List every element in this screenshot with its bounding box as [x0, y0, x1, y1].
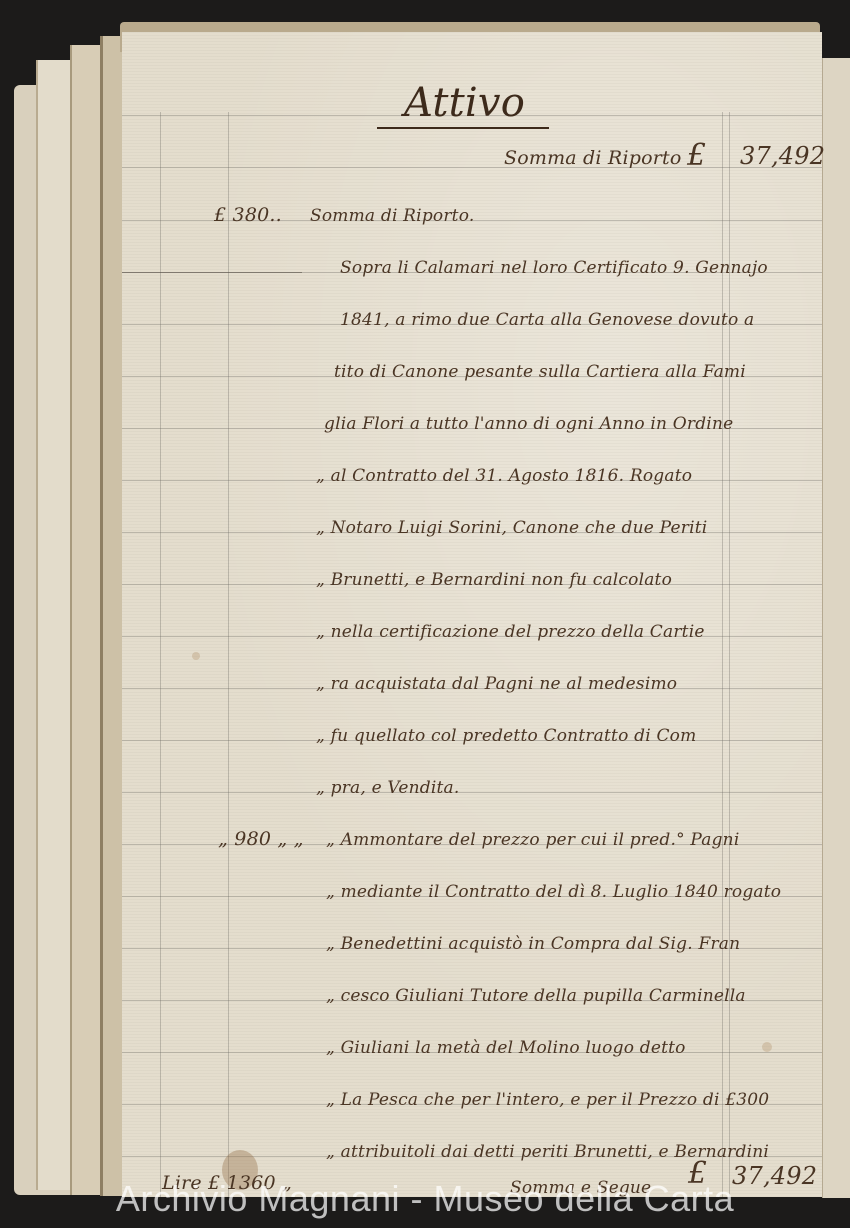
entry-line: 1841, a rimo due Carta alla Genovese dov…	[340, 310, 754, 330]
entry-line: „ Brunetti, e Bernardini non fu calcolat…	[316, 570, 672, 590]
entry-line: „ Notaro Luigi Sorini, Canone che due Pe…	[316, 518, 707, 538]
entry-line: tito di Canone pesante sulla Cartiera al…	[334, 362, 746, 382]
entry-line: „ mediante il Contratto del dì 8. Luglio…	[326, 882, 781, 902]
stain	[762, 1042, 772, 1052]
entry-line: „ Benedettini acquistò in Compra dal Sig…	[326, 934, 740, 954]
amount-column-rule	[228, 112, 229, 1197]
currency-symbol: £	[687, 138, 706, 173]
carry-forward-amount: 37,492	[740, 142, 825, 170]
entry-line: „ cesco Giuliani Tutore della pupilla Ca…	[326, 986, 746, 1006]
entry-line: glia Flori a tutto l'anno di ogni Anno i…	[324, 414, 733, 434]
entry-line: „ pra, e Vendita.	[316, 778, 459, 798]
ruled-line	[122, 167, 822, 168]
heading-underline	[377, 127, 549, 129]
entry-line: „ La Pesca che per l'intero, e per il Pr…	[326, 1090, 769, 1110]
entry-line: „ Ammontare del prezzo per cui il pred.°…	[326, 830, 739, 850]
carry-forward-label: Somma di Riporto	[504, 147, 681, 169]
stain	[192, 652, 200, 660]
page-heading: Attivo	[404, 80, 525, 126]
ruled-line	[122, 792, 822, 793]
entry-line: „ ra acquistata dal Pagni ne al medesimo	[316, 674, 677, 694]
facing-page-edge	[822, 58, 850, 1198]
ledger-page: Attivo Somma di Riporto £ 37,492 £ 380..…	[122, 32, 822, 1197]
entry-amount: £ 380..	[214, 204, 282, 226]
archive-watermark: Archivio Magnani - Museo della Carta	[0, 1178, 850, 1220]
entry-line: „ nella certificazione del prezzo della …	[316, 622, 705, 642]
entry-label: Somma di Riporto.	[310, 206, 474, 226]
margin-rule	[160, 112, 161, 1197]
entry-line: „ al Contratto del 31. Agosto 1816. Roga…	[316, 466, 692, 486]
entry-amount: „ 980 „ „	[218, 828, 304, 850]
entry-line: „ fu quellato col predetto Contratto di …	[316, 726, 696, 746]
entry-line: „ Giuliani la metà del Molino luogo dett…	[326, 1038, 686, 1058]
entry-line: Sopra li Calamari nel loro Certificato 9…	[340, 258, 768, 278]
